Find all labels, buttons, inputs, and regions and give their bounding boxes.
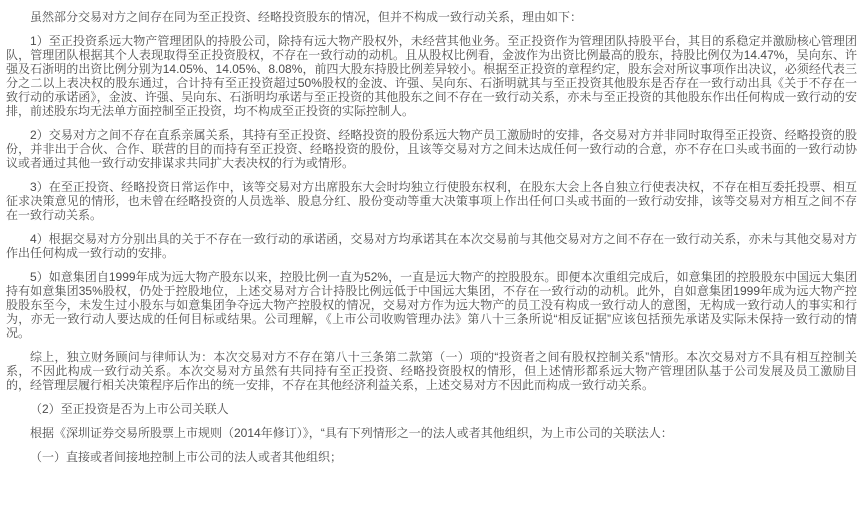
document-page: 虽然部分交易对方之间存在同为至正投资、经略投资股东的情况，但并不构成一致行动关系… xyxy=(0,0,864,505)
reason-paragraph-1: 1）至正投资系远大物产管理团队的持股公司，除持有远大物产股权外，未经营其他业务。… xyxy=(6,34,857,118)
reason-paragraph-2: 2）交易对方之间不存在直系亲属关系，其持有至正投资、经略投资的股份系远大物产员工… xyxy=(6,128,857,170)
reason-paragraph-4: 4）根据交易对方分别出具的关于不存在一致行动的承诺函，交易对方均承诺其在本次交易… xyxy=(6,232,857,260)
intro-paragraph: 虽然部分交易对方之间存在同为至正投资、经略投资股东的情况，但并不构成一致行动关系… xyxy=(6,10,857,24)
reason-paragraph-3: 3）在至正投资、经略投资日常运作中，该等交易对方出席股东大会时均独立行使股东权利… xyxy=(6,180,857,222)
related-party-rule-item-1: （一）直接或者间接地控制上市公司的法人或者其他组织； xyxy=(6,450,857,464)
conclusion-paragraph: 综上，独立财务顾问与律师认为：本次交易对方不存在第八十三条第二款第（一）项的“投… xyxy=(6,350,857,392)
reason-paragraph-5: 5）如意集团自1999年成为远大物产股东以来，控股比例一直为52%，一直是远大物… xyxy=(6,270,857,340)
section-heading-related-party: （2）至正投资是否为上市公司关联人 xyxy=(6,402,857,416)
listing-rules-quote: 根据《深圳证券交易所股票上市规则（2014年修订）》，“具有下列情形之一的法人或… xyxy=(6,426,857,440)
